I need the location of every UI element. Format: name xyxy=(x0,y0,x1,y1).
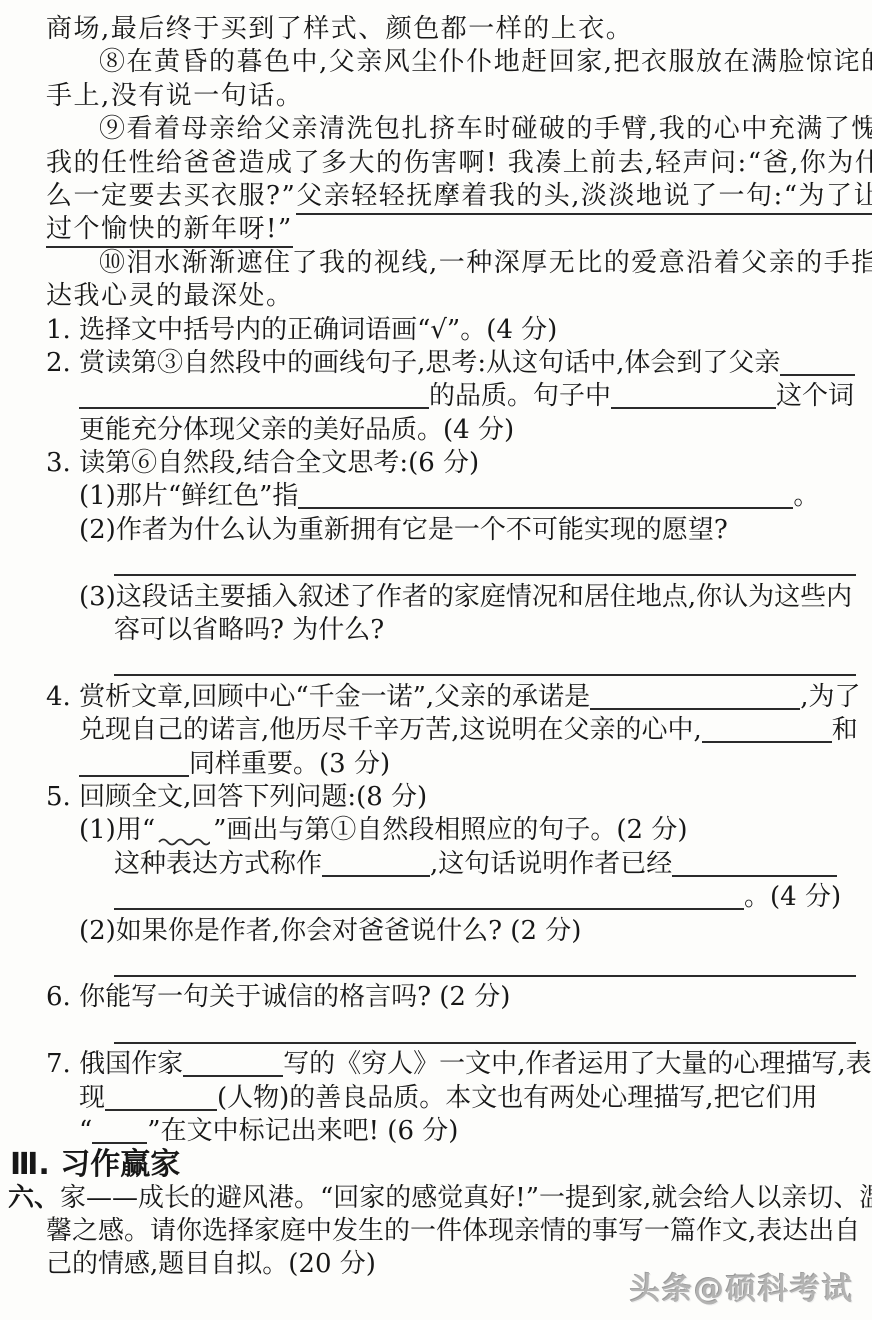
wavy-underline-mark xyxy=(155,822,213,844)
text-segment: 么一定要去买衣服?” xyxy=(46,181,296,211)
question-line: (2)作者为什么认为重新拥有它是一个不可能实现的愿望? xyxy=(79,514,872,547)
text-segment: 馨之感。请你选择家庭中发生的一件体现亲情的事写一篇作文,表达出自 xyxy=(46,1216,860,1246)
question-line xyxy=(114,948,872,981)
passage-line: 过个愉快的新年呀!” xyxy=(46,213,872,246)
text-segment: 手上,没有说一句话。 xyxy=(46,81,303,111)
passage-line: 达我心灵的最深处。 xyxy=(46,280,872,313)
blank-fill-line xyxy=(92,1118,147,1144)
question-line: (3)这段话主要插入叙述了作者的家庭情况和居住地点,你认为这些内 xyxy=(79,581,872,614)
passage-line: ⑧在黄昏的暮色中,父亲风尘仆仆地赶回家,把衣服放在满脸惊诧的我 xyxy=(99,46,872,79)
watermark: 头条@硕科考试 xyxy=(630,1264,854,1308)
blank-fill-line xyxy=(114,550,856,576)
blank-fill-line xyxy=(298,483,793,509)
text-segment: (2)作者为什么认为重新拥有它是一个不可能实现的愿望? xyxy=(79,515,728,545)
question-line xyxy=(114,1015,872,1048)
passage-line: 我的任性给爸爸造成了多大的伤害啊! 我凑上前去,轻声问:“爸,你为什 xyxy=(46,147,872,180)
blank-fill-line xyxy=(114,951,856,977)
question-line: (1)用“”画出与第①自然段相照应的句子。(2 分) xyxy=(79,814,872,847)
blank-fill-line xyxy=(114,884,744,910)
text-segment: 6. 你能写一句关于诚信的格言吗? (2 分) xyxy=(46,982,510,1012)
text-segment: 。(4 分) xyxy=(744,882,841,912)
text-segment: 。 xyxy=(793,481,819,511)
question-line: “”在文中标记出来吧! (6 分) xyxy=(79,1115,872,1148)
question-line: 这种表达方式称作,这句话说明作者已经 xyxy=(114,848,872,881)
blank-fill-line xyxy=(114,650,856,676)
question-line: 同样重要。(3 分) xyxy=(79,748,872,781)
passage-line: ⑩泪水渐渐遮住了我的视线,一种深厚无比的爱意沿着父亲的手指抵 xyxy=(99,247,872,280)
text-segment: 的品质。句子中 xyxy=(429,381,611,411)
text-segment: 7. 俄国作家 xyxy=(46,1049,183,1079)
text-segment: 己的情感,题目自拟。(20 分) xyxy=(46,1249,376,1279)
blank-fill-line xyxy=(672,851,837,877)
text-segment: ⑩泪水渐渐遮住了我的视线,一种深厚无比的爱意沿着父亲的手指抵 xyxy=(99,248,872,278)
exam-paper-page: 商场,最后终于买到了样式、颜色都一样的上衣。⑧在黄昏的暮色中,父亲风尘仆仆地赶回… xyxy=(0,0,872,1320)
question-line: 兑现自己的诺言,他历尽千辛万苦,这说明在父亲的心中,和 xyxy=(79,714,872,747)
text-segment: 更能充分体现父亲的美好品质。(4 分) xyxy=(79,415,514,445)
text-segment: (1)用“ xyxy=(79,815,155,845)
question-line: 3. 读第⑥自然段,结合全文思考:(6 分) xyxy=(46,447,872,480)
text-segment: 这种表达方式称作 xyxy=(114,849,322,879)
blank-fill-line xyxy=(105,1085,217,1111)
text-segment: 4. 赏析文章,回顾中心“千金一诺”,父亲的承诺是 xyxy=(46,682,590,712)
question-line: 7. 俄国作家写的《穷人》一文中,作者运用了大量的心理描写,表 xyxy=(46,1048,872,1081)
question-line: 更能充分体现父亲的美好品质。(4 分) xyxy=(79,414,872,447)
text-segment: 1. 选择文中括号内的正确词语画“√”。(4 分) xyxy=(46,315,557,345)
text-segment: 我的任性给爸爸造成了多大的伤害啊! 我凑上前去,轻声问:“爸,你为什 xyxy=(46,148,872,178)
text-segment: 5. 回顾全文,回答下列问题:(8 分) xyxy=(46,782,427,812)
text-segment: ”在文中标记出来吧! (6 分) xyxy=(147,1116,458,1146)
question-line xyxy=(114,547,872,580)
text-segment: 家——成长的避风港。“回家的感觉真好!”一提到家,就会给人以亲切、温 xyxy=(60,1183,872,1213)
question-line xyxy=(114,647,872,680)
blank-fill-line xyxy=(114,1018,856,1044)
question-line: 5. 回顾全文,回答下列问题:(8 分) xyxy=(46,781,872,814)
section-line: 馨之感。请你选择家庭中发生的一件体现亲情的事写一篇作文,表达出自 xyxy=(46,1215,872,1248)
question-line: 2. 赏读第③自然段中的画线句子,思考:从这句话中,体会到了父亲 xyxy=(46,347,872,380)
text-segment: ⑧在黄昏的暮色中,父亲风尘仆仆地赶回家,把衣服放在满脸惊诧的我 xyxy=(99,47,872,77)
text-segment: 兑现自己的诺言,他历尽千辛万苦,这说明在父亲的心中, xyxy=(79,715,702,745)
exam-body: 商场,最后终于买到了样式、颜色都一样的上衣。⑧在黄昏的暮色中,父亲风尘仆仆地赶回… xyxy=(0,13,872,1282)
text-segment: ⑨看着母亲给父亲清洗包扎挤车时碰破的手臂,我的心中充满了愧悔: xyxy=(99,114,872,144)
wavy-line-icon xyxy=(158,836,210,846)
text-segment: (1)那片“鲜红色”指 xyxy=(79,481,298,511)
text-segment: 和 xyxy=(832,715,858,745)
text-segment: 容可以省略吗? 为什么? xyxy=(114,615,384,645)
text-segment: 现 xyxy=(79,1083,105,1113)
blank-fill-line xyxy=(702,717,832,743)
blank-fill-line xyxy=(780,350,855,376)
underlined-text: 父亲轻轻抚摩着我的头,淡淡地说了一句:“为了让你 xyxy=(296,181,872,215)
text-segment: (人物)的善良品质。本文也有两处心理描写,把它们用 xyxy=(217,1083,818,1113)
blank-fill-line xyxy=(183,1051,283,1077)
text-segment: Ⅲ. 习作赢家 xyxy=(10,1147,180,1182)
passage-line: 商场,最后终于买到了样式、颜色都一样的上衣。 xyxy=(46,13,872,46)
text-segment: (3)这段话主要插入叙述了作者的家庭情况和居住地点,你认为这些内 xyxy=(79,582,852,612)
question-line: 的品质。句子中这个词 xyxy=(79,380,872,413)
text-segment: “ xyxy=(79,1116,92,1146)
question-line: (2)如果你是作者,你会对爸爸说什么? (2 分) xyxy=(79,915,872,948)
text-segment: 商场,最后终于买到了样式、颜色都一样的上衣。 xyxy=(46,14,633,44)
blank-fill-line xyxy=(79,751,189,777)
question-line: 6. 你能写一句关于诚信的格言吗? (2 分) xyxy=(46,981,872,1014)
text-segment: (2)如果你是作者,你会对爸爸说什么? (2 分) xyxy=(79,916,581,946)
question-line: 容可以省略吗? 为什么? xyxy=(114,614,872,647)
text-segment: ,这句话说明作者已经 xyxy=(430,849,672,879)
passage-line: 手上,没有说一句话。 xyxy=(46,80,872,113)
blank-fill-line xyxy=(590,684,800,710)
text-segment: ”画出与第①自然段相照应的句子。(2 分) xyxy=(213,815,687,845)
text-segment: 3. 读第⑥自然段,结合全文思考:(6 分) xyxy=(46,448,479,478)
blank-fill-line xyxy=(322,851,430,877)
underlined-text: 过个愉快的新年呀!” xyxy=(46,214,293,248)
question-line: 1. 选择文中括号内的正确词语画“√”。(4 分) xyxy=(46,314,872,347)
text-segment: 达我心灵的最深处。 xyxy=(46,281,294,311)
text-segment: 写的《穷人》一文中,作者运用了大量的心理描写,表 xyxy=(283,1049,872,1079)
text-segment: 这个词 xyxy=(776,381,854,411)
section-line: 六、家——成长的避风港。“回家的感觉真好!”一提到家,就会给人以亲切、温 xyxy=(8,1182,872,1215)
text-segment: 2. 赏读第③自然段中的画线句子,思考:从这句话中,体会到了父亲 xyxy=(46,348,780,378)
question-line: (1)那片“鲜红色”指。 xyxy=(79,480,872,513)
question-line: 现(人物)的善良品质。本文也有两处心理描写,把它们用 xyxy=(79,1082,872,1115)
passage-line: 么一定要去买衣服?”父亲轻轻抚摩着我的头,淡淡地说了一句:“为了让你 xyxy=(46,180,872,213)
text-segment: ,为了 xyxy=(800,682,860,712)
section-line: Ⅲ. 习作赢家 xyxy=(10,1148,872,1181)
blank-fill-line xyxy=(611,383,776,409)
question-line: 。(4 分) xyxy=(114,881,872,914)
text-segment: 六、 xyxy=(8,1183,60,1213)
passage-line: ⑨看着母亲给父亲清洗包扎挤车时碰破的手臂,我的心中充满了愧悔: xyxy=(99,113,872,146)
text-segment: 同样重要。(3 分) xyxy=(189,749,390,779)
blank-fill-line xyxy=(79,383,429,409)
question-line: 4. 赏析文章,回顾中心“千金一诺”,父亲的承诺是,为了 xyxy=(46,681,872,714)
